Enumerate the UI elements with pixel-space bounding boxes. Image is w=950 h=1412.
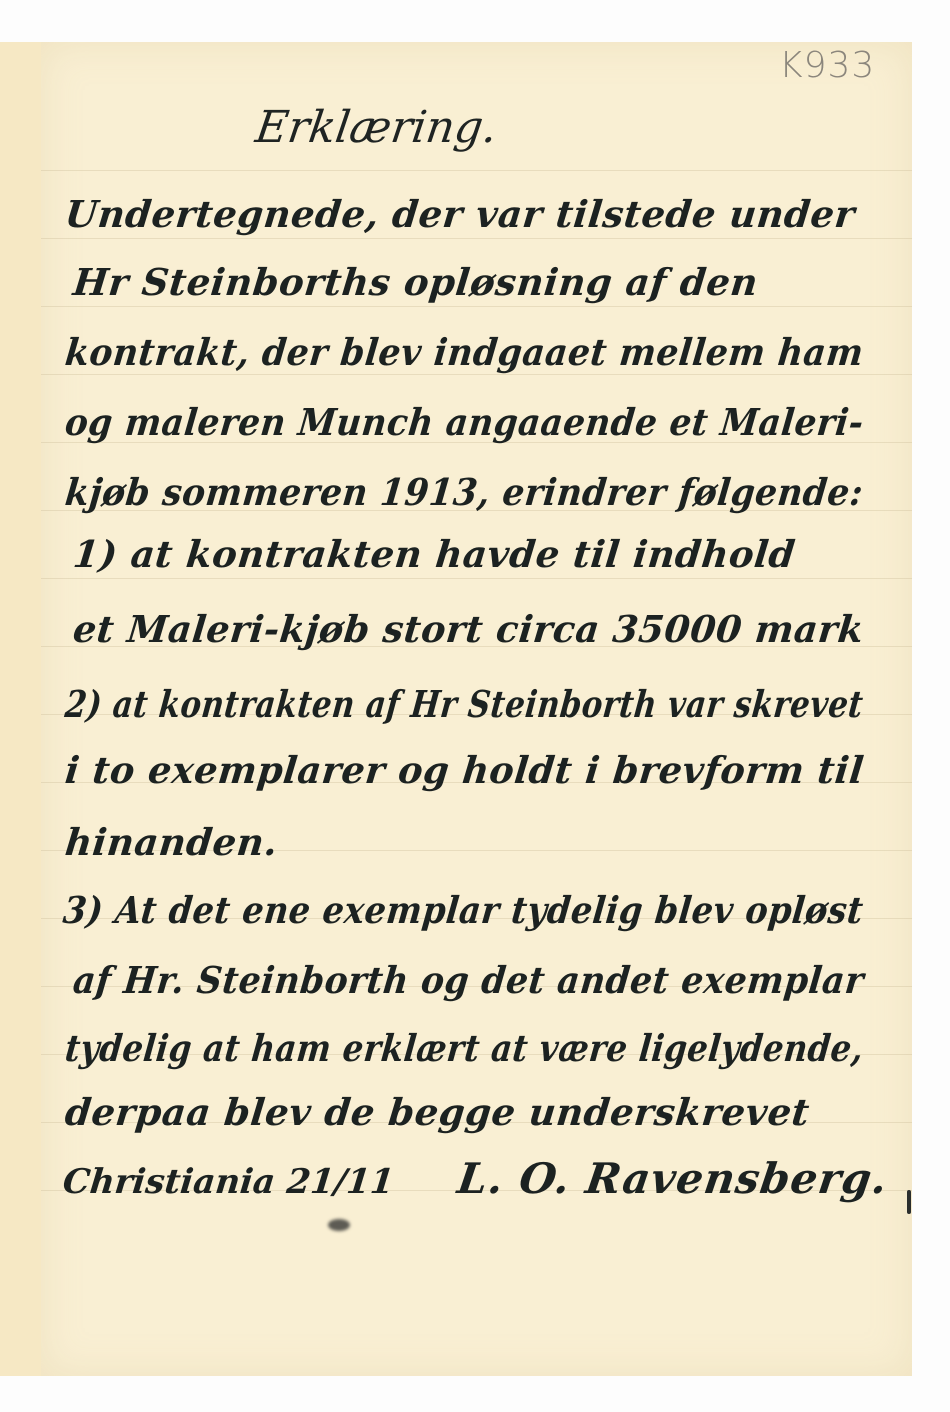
ruled-line — [41, 374, 912, 375]
text-line: kontrakt, der blev indgaaet mellem ham — [63, 330, 866, 374]
text-line: 3) At det ene exemplar tydelig blev oplø… — [61, 888, 866, 932]
text-line: af Hr. Steinborth og det andet exemplar — [71, 958, 866, 1002]
text-line: og maleren Munch angaaende et Maleri- — [63, 400, 866, 444]
ruled-line — [41, 306, 912, 307]
edge-ink-mark — [907, 1190, 911, 1214]
text-line: Undertegnede, der var tilstede under — [63, 192, 857, 236]
folded-sheet-flap — [0, 42, 42, 1376]
text-line: 1) at kontrakten havde til indhold — [71, 532, 798, 576]
text-line: tydelig at ham erklært at være ligelyden… — [63, 1026, 866, 1070]
ruled-line — [41, 578, 912, 579]
closing-block: Christiania 21/11 L. O. Ravensberg. — [63, 1154, 903, 1234]
text-line: i to exemplarer og holdt i brevform til — [63, 748, 866, 792]
archive-number: K933 — [779, 45, 875, 86]
text-line: hinanden. — [63, 820, 280, 864]
document-title: Erklæring. — [252, 102, 500, 153]
text-line: 2) at kontrakten af Hr Steinborth var sk… — [63, 682, 865, 726]
ruled-line — [41, 170, 912, 171]
text-line: Hr Steinborths opløsning af den — [71, 260, 760, 304]
text-line: derpaa blev de begge underskrevet — [63, 1090, 812, 1134]
place-and-date: Christiania 21/11 — [61, 1162, 396, 1202]
text-line: kjøb sommeren 1913, erindrer følgende: — [63, 470, 865, 514]
ink-blot — [328, 1219, 350, 1231]
ruled-line — [41, 238, 912, 239]
signature: L. O. Ravensberg. — [455, 1154, 892, 1203]
letter-sheet: K933 Erklæring. Undertegnede, der var ti… — [41, 42, 912, 1376]
text-line: et Maleri-kjøb stort circa 35000 mark — [71, 607, 866, 651]
